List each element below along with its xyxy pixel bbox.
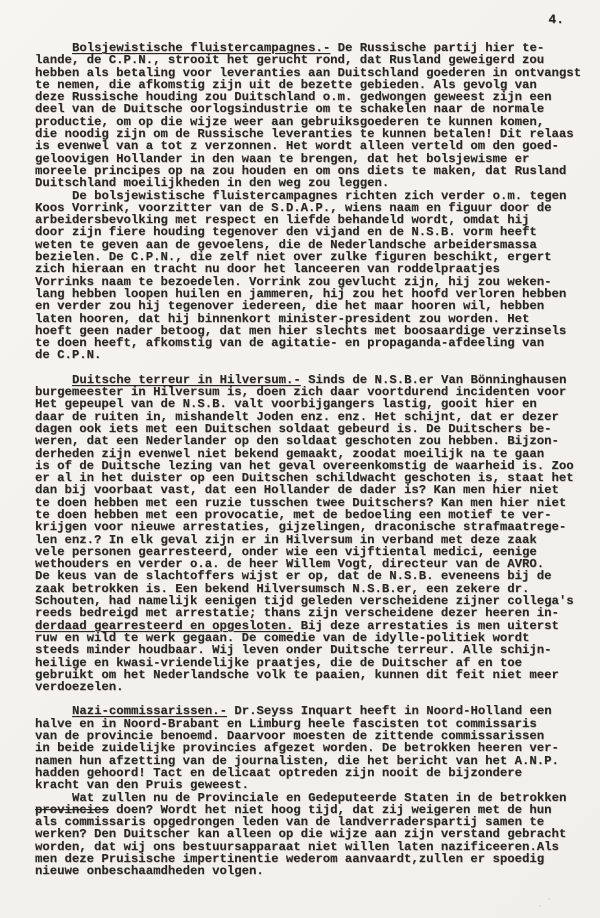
section-duitsche-terreur-in-hilversum: Duitsche terreur in Hilversum.- Sinds de…	[35, 374, 597, 694]
paragraph: Bolsjewistische fluistercampagnes.- De R…	[35, 42, 597, 190]
document-body: Bolsjewistische fluistercampagnes.- De R…	[35, 42, 597, 878]
paragraph: De bolsjewistische fluistercampagnes ric…	[35, 190, 597, 362]
scanned-document-page: 4. Bolsjewistische fluistercampagnes.- D…	[0, 0, 600, 918]
paragraph-text: Sinds de N.S.B.er Van Bönninghausen burg…	[35, 373, 574, 621]
paragraph-text: De Russische partij hier te- lande, de C…	[35, 41, 581, 190]
paragraph-text: Dr.Seyss Inquart heeft in Noord-Holland …	[35, 704, 559, 792]
paragraph-text: Bij deze arrestaties is men uiterst ruw …	[35, 619, 559, 694]
page-number: 4.	[548, 13, 564, 26]
section-bolsjewistische-fluistercampagnes: Bolsjewistische fluistercampagnes.- De R…	[35, 42, 597, 362]
paragraph-text: doen? Wordt het niet hoog tijd, dat zij …	[35, 803, 566, 878]
paragraph: Duitsche terreur in Hilversum.- Sinds de…	[35, 374, 597, 694]
paragraph: Wat zullen nu de Provinciale en Gedepute…	[35, 792, 597, 878]
section-nazi-commissarissen: Nazi-commissarissen.- Dr.Seyss Inquart h…	[35, 705, 597, 877]
paragraph: Nazi-commissarissen.- Dr.Seyss Inquart h…	[35, 705, 597, 791]
